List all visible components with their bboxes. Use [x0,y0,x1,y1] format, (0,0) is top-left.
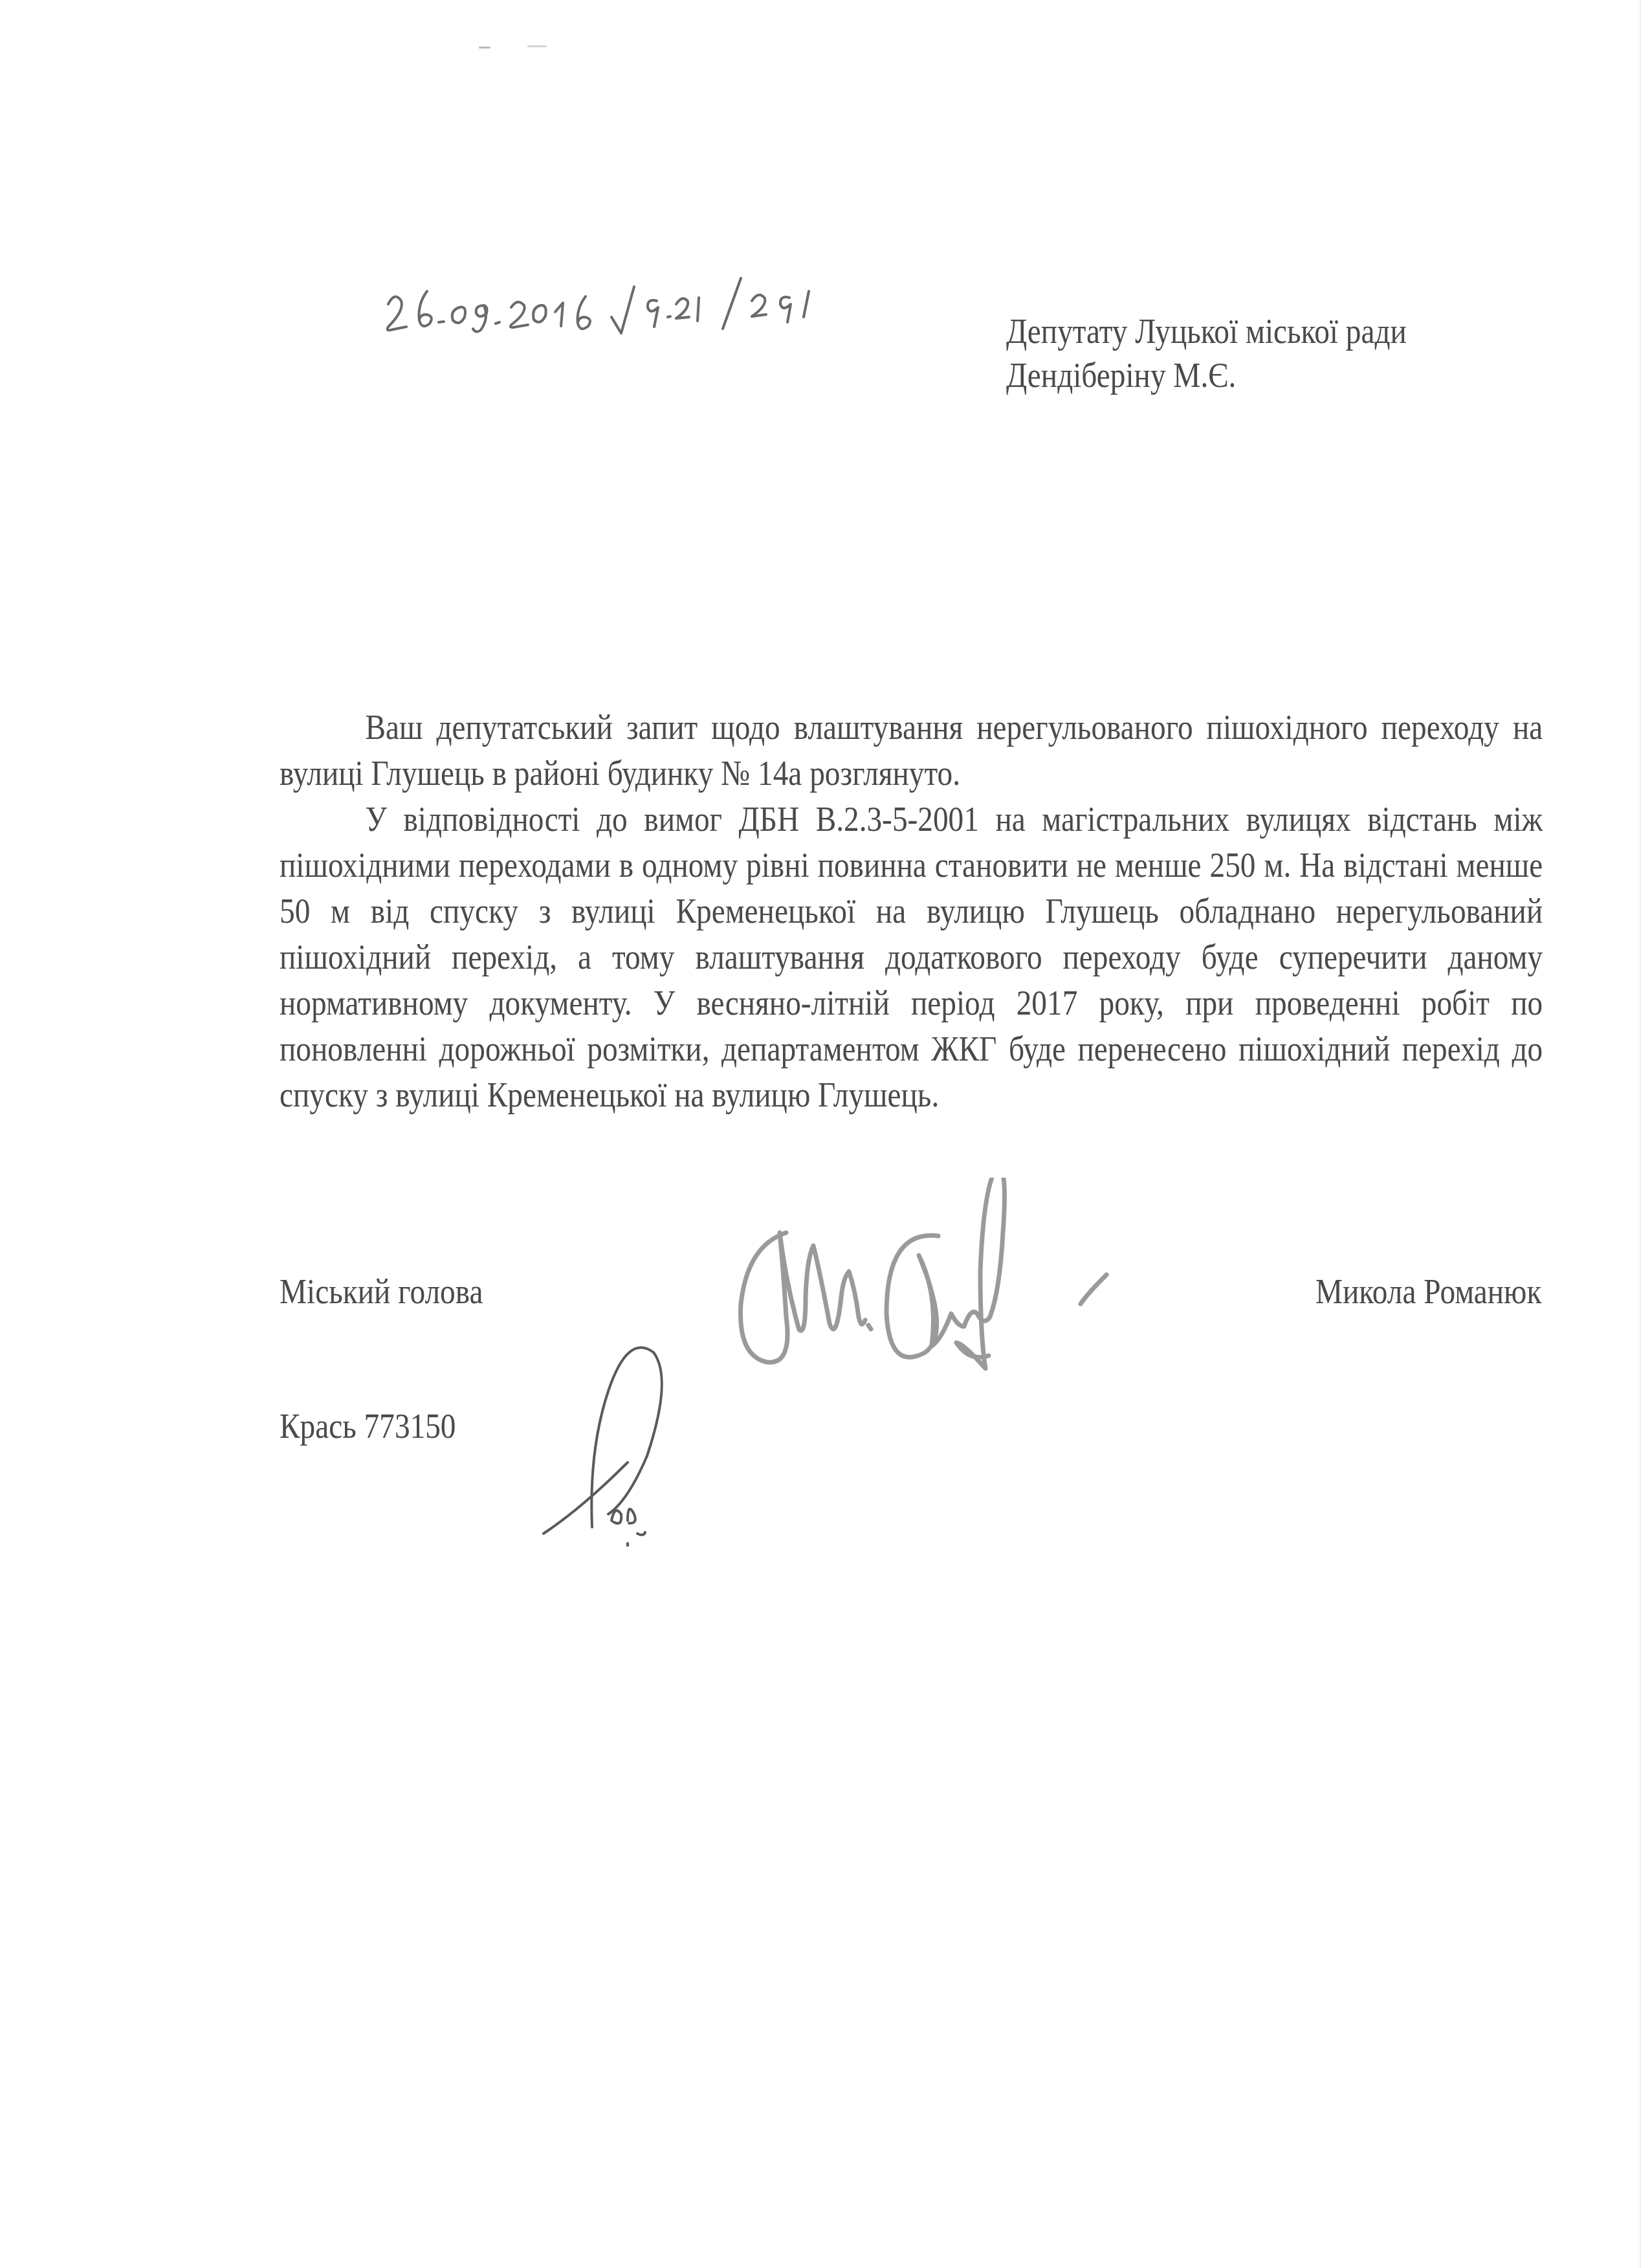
body-paragraph-2: У відповідності до вимог ДБН В.2.3-5-200… [280,796,1543,1117]
addressee-line-2: Дендіберіну М.Є. [1006,353,1407,397]
signatory-name: Микола Романюк [1315,1268,1541,1314]
handwritten-registration-ink: 26.09.2016 [362,252,893,349]
executor-signature [531,1327,712,1547]
addressee-line-1: Депутату Луцької міської ради [1006,309,1407,353]
body-paragraph-1: Ваш депутатський запит щодо влаштування … [280,704,1543,796]
scanned-letter-page: 26.09.2016 [0,0,1650,2268]
signature-row: Міський голова Микола Романюк [280,1268,1541,1320]
addressee-block: Депутату Луцької міської ради Дендіберін… [1006,309,1407,397]
handwritten-registration: 26.09.2016 [362,252,893,349]
letter-body: Ваш депутатський запит щодо влаштування … [280,704,1543,1117]
initials-ink-icon [531,1327,712,1547]
executor-contact: Крась 773150 [280,1403,456,1449]
scan-edge-line [1640,0,1641,2268]
signatory-title: Міський голова [280,1268,483,1314]
scan-artifact [479,44,556,50]
